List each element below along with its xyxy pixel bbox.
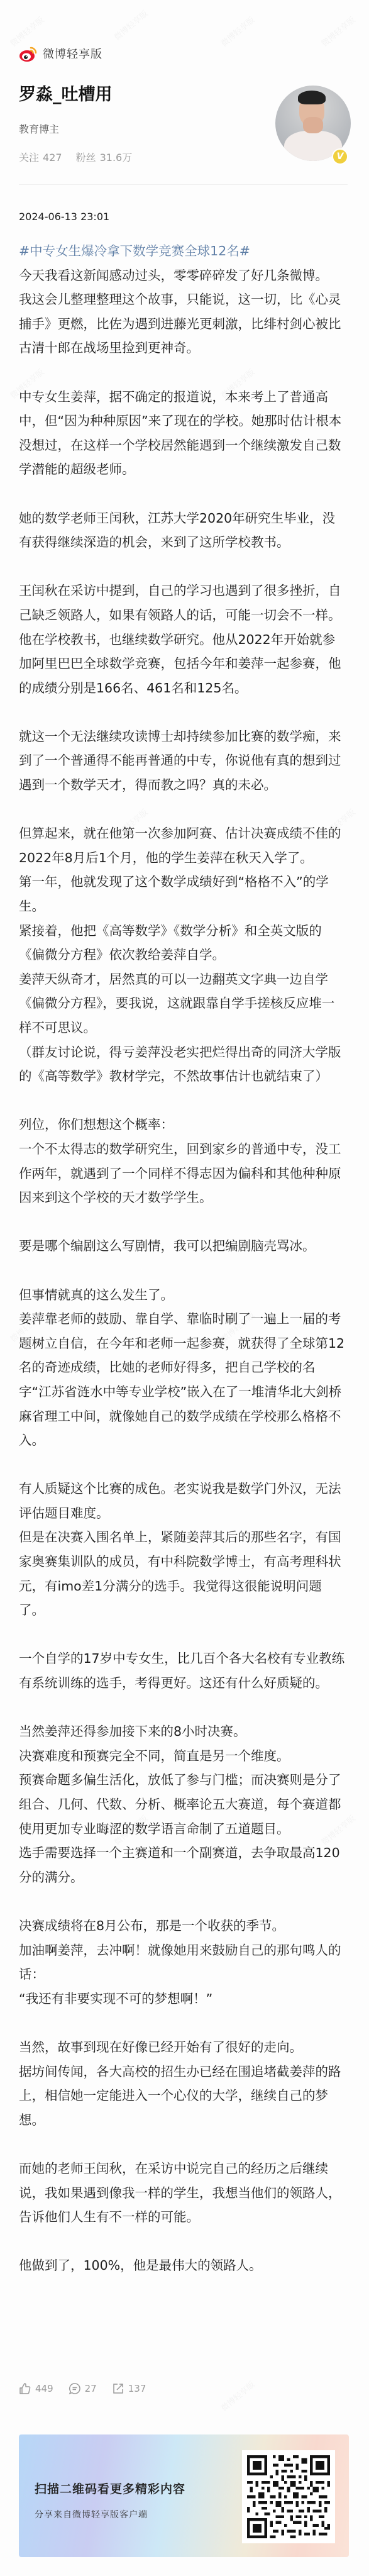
weibo-share-page: 微博轻享版 罗淼_吐槽用 教育博主 关注427 粉丝31.6万 V 2024-0… <box>0 0 369 2576</box>
post-hashtag[interactable]: #中专女生爆冷拿下数学竞赛全球12名# <box>19 239 346 264</box>
post-paragraph: 就这一个无法继续攻读博士却持续参加比赛的数学痴，来到了一个普通得不能再普通的中专… <box>19 724 346 797</box>
repost-button[interactable]: 137 <box>112 2382 146 2395</box>
post-paragraph: 王闰秋在采访中提到，自己的学习也遇到了很多挫折，自己缺乏领路人，如果有领路人的话… <box>19 579 346 700</box>
paragraph-gap <box>19 482 346 506</box>
post-paragraph: 当然姜萍还得参加接下来的8小时决赛。 决赛难度和预赛完全不同，简直是另一个维度。… <box>19 1719 346 1889</box>
like-button[interactable]: 449 <box>19 2382 53 2395</box>
post-paragraph: 一个自学的17岁中专女生，比几百个各大名校有专业教练有系统训练的选手，考得更好。… <box>19 1646 346 1695</box>
paragraph-gap <box>19 1089 346 1113</box>
qr-share-banner: 扫描二维码看更多精彩内容 分享来自微博轻享版客户端 <box>19 2434 349 2557</box>
avatar-hair-shape <box>298 91 326 104</box>
like-count: 449 <box>35 2383 53 2394</box>
brand-header: 微博轻享版 <box>19 44 102 63</box>
share-icon <box>112 2382 124 2395</box>
user-name[interactable]: 罗淼_吐槽用 <box>19 80 113 105</box>
user-tag: 教育博主 <box>19 121 59 136</box>
paragraph-gap <box>19 1889 346 1914</box>
header-divider <box>19 184 348 185</box>
paragraph-gap <box>19 2011 346 2035</box>
comment-icon <box>69 2382 81 2395</box>
post-paragraph: 但算起来，就在他第一次参加阿赛、估计决赛成绩不佳的2022年8月后1个月，他的学… <box>19 821 346 1089</box>
following-stat[interactable]: 关注427 <box>19 150 62 164</box>
following-label: 关注 <box>19 152 39 164</box>
watermark: 微博轻享版 <box>218 2378 256 2413</box>
post-paragraph: 有人质疑这个比赛的成色。老实说我是数学门外汉，无法评估题目难度。 但是在决赛入围… <box>19 1477 346 1623</box>
paragraph-gap <box>19 1696 346 1720</box>
qr-code[interactable] <box>242 2450 335 2543</box>
post-paragraph: 她的数学老师王闰秋，江苏大学2020年研究生毕业，没有获得继续深造的机会，来到了… <box>19 506 346 555</box>
user-stats: 关注427 粉丝31.6万 <box>19 150 132 164</box>
watermark: 微博轻享版 <box>218 13 256 48</box>
followers-stat[interactable]: 粉丝31.6万 <box>76 150 133 164</box>
post-timestamp: 2024-06-13 23:01 <box>19 211 109 223</box>
post-paragraph: 当然，故事到现在好像已经开始有了很好的走向。 据坊间传闻，各大高校的招生办已经在… <box>19 2035 346 2132</box>
paragraph-gap <box>19 2132 346 2157</box>
post-paragraph: 中专女生姜萍，据不确定的报道说，本来考上了普通高中，但“因为种种原因”来了现在的… <box>19 385 346 482</box>
post-paragraph: 他做到了，100%，他是最伟大的领路人。 <box>19 2253 346 2278</box>
paragraph-gap <box>19 555 346 579</box>
brand-name: 微博轻享版 <box>43 45 102 62</box>
banner-title: 扫描二维码看更多精彩内容 <box>35 2480 185 2497</box>
comment-count: 27 <box>85 2383 97 2394</box>
paragraph-gap <box>19 1210 346 1235</box>
verified-badge-icon: V <box>332 148 348 165</box>
thumbs-up-icon <box>19 2382 31 2395</box>
followers-label: 粉丝 <box>76 152 96 164</box>
paragraph-gap <box>19 700 346 724</box>
post-paragraph: 决赛成绩将在8月公布，那是一个收获的季节。 加油啊姜萍，去冲啊！就像她用来鼓励自… <box>19 1914 346 2011</box>
repost-count: 137 <box>128 2383 146 2394</box>
post-body: #中专女生爆冷拿下数学竞赛全球12名# 今天我看这新闻感动过头，零零碎碎发了好几… <box>19 239 346 2278</box>
weibo-logo-icon <box>19 44 38 63</box>
banner-subtitle: 分享来自微博轻享版客户端 <box>35 2508 148 2521</box>
following-count: 427 <box>43 152 62 164</box>
watermark: 微博轻享版 <box>111 7 150 42</box>
post-action-bar: 449 27 137 <box>19 2382 161 2395</box>
paragraph-gap <box>19 1453 346 1477</box>
paragraph-gap <box>19 1623 346 1647</box>
watermark: 微博轻享版 <box>318 13 357 48</box>
paragraph-gap <box>19 2229 346 2254</box>
post-paragraph: 列位，你们想想这个概率： 一个不太得志的数学研究生，回到家乡的普通中专，没工作两… <box>19 1113 346 1209</box>
followers-count: 31.6万 <box>100 152 133 164</box>
post-paragraph: 但事情就真的这么发生了。 姜萍靠老师的鼓励、靠自学、靠临时刷了一遍上一届的考题树… <box>19 1283 346 1453</box>
paragraph-gap <box>19 360 346 385</box>
qr-code-icon <box>247 2455 330 2538</box>
post-paragraph: 而她的老师王闰秋，在采访中说完自己的经历之后继续说，我如果遇到像我一样的学生，我… <box>19 2157 346 2229</box>
paragraph-gap <box>19 1258 346 1283</box>
post-paragraph: 今天我看这新闻感动过头，零零碎碎发了好几条微博。 我这会儿整理整理这个故事，只能… <box>19 264 346 360</box>
avatar-hands-shape <box>303 117 323 133</box>
comment-button[interactable]: 27 <box>69 2382 97 2395</box>
post-paragraph: 要是哪个编剧这么写剧情，我可以把编剧脑壳骂冰。 <box>19 1234 346 1258</box>
paragraph-gap <box>19 797 346 822</box>
